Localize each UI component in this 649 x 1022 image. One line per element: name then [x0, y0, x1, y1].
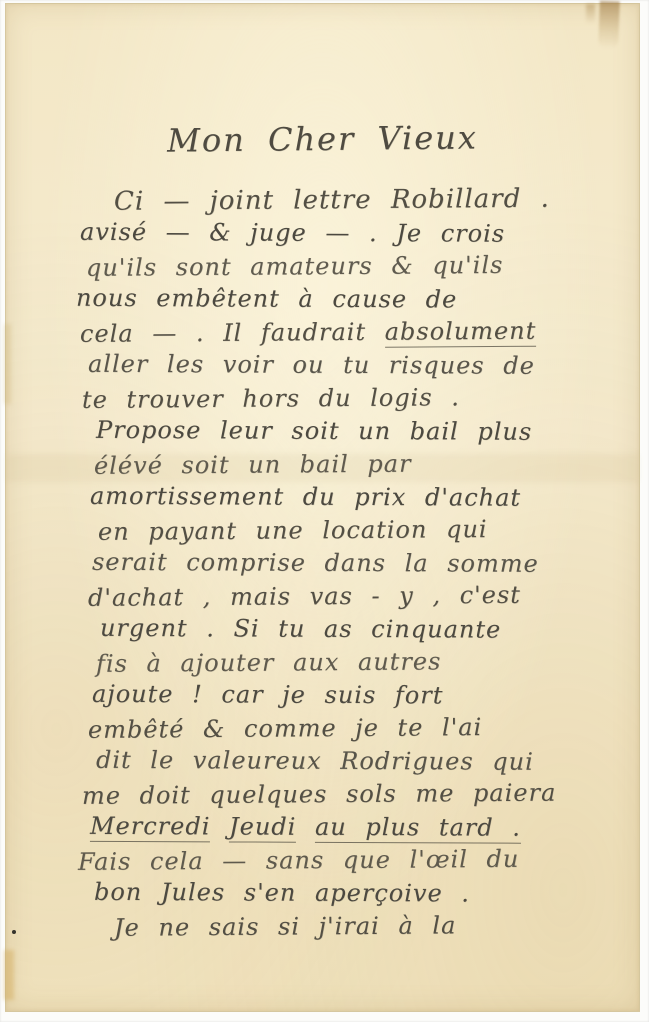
letter-line: d'achat , mais vas - y , c'est: [88, 578, 625, 615]
letter-line: bon Jules s'en aperçoive .: [94, 876, 625, 911]
underlined-word: au plus tard .: [315, 813, 521, 844]
letter-line: amortissement du prix d'achat: [90, 480, 625, 515]
letter-line: Je ne sais si j'irai à la: [114, 908, 625, 945]
letter-line: nous embêtent à cause de: [76, 282, 625, 317]
letter-line: avisé — & juge — . Je crois: [80, 216, 625, 251]
letter-line: ajoute ! car je suis fort: [92, 678, 625, 713]
letter-line: Mercredi Jeudi au plus tard .: [90, 810, 625, 845]
stain-bottom-left: [4, 950, 14, 1000]
letter-line: Ci — joint lettre Robillard .: [114, 182, 625, 219]
letter-content: Mon Cher Vieux Ci — joint lettre Robilla…: [6, 4, 639, 943]
letter-line: élévé soit un bail par: [94, 446, 625, 483]
letter-line: urgent . Si tu as cinquante: [100, 612, 625, 647]
letter-line: Propose leur soit un bail plus: [96, 414, 625, 449]
letter-line: dit le valeureux Rodrigues qui: [96, 744, 625, 779]
letter-line: qu'ils sont amateurs & qu'ils: [86, 248, 625, 285]
letter-body: Ci — joint lettre Robillard . avisé — & …: [6, 184, 639, 943]
line-text: cela — . Il faudrait: [80, 318, 385, 348]
letter-line: fis à ajouter aux autres: [96, 644, 625, 681]
letter-line: serait comprise dans la somme: [92, 546, 625, 581]
letter-line: embêté & comme je te l'ai: [88, 710, 625, 747]
letter-line: te trouver hors du logis .: [82, 380, 625, 417]
letter-paper: Mon Cher Vieux Ci — joint lettre Robilla…: [5, 3, 640, 1012]
letter-line: me doit quelques sols me paiera: [82, 776, 625, 813]
letter-line: cela — . Il faudrait absolument: [80, 314, 625, 351]
letter-line: aller les voir ou tu risques de: [88, 348, 625, 383]
scan-background: Mon Cher Vieux Ci — joint lettre Robilla…: [0, 0, 649, 1022]
underlined-word: Jeudi: [229, 812, 296, 842]
salutation: Mon Cher Vieux: [6, 117, 639, 162]
underlined-word: Mercredi: [90, 812, 211, 843]
underlined-word: absolument: [385, 317, 537, 348]
letter-line: en payant une location qui: [98, 512, 625, 549]
letter-line: Fais cela — sans que l'œil du: [78, 842, 625, 879]
